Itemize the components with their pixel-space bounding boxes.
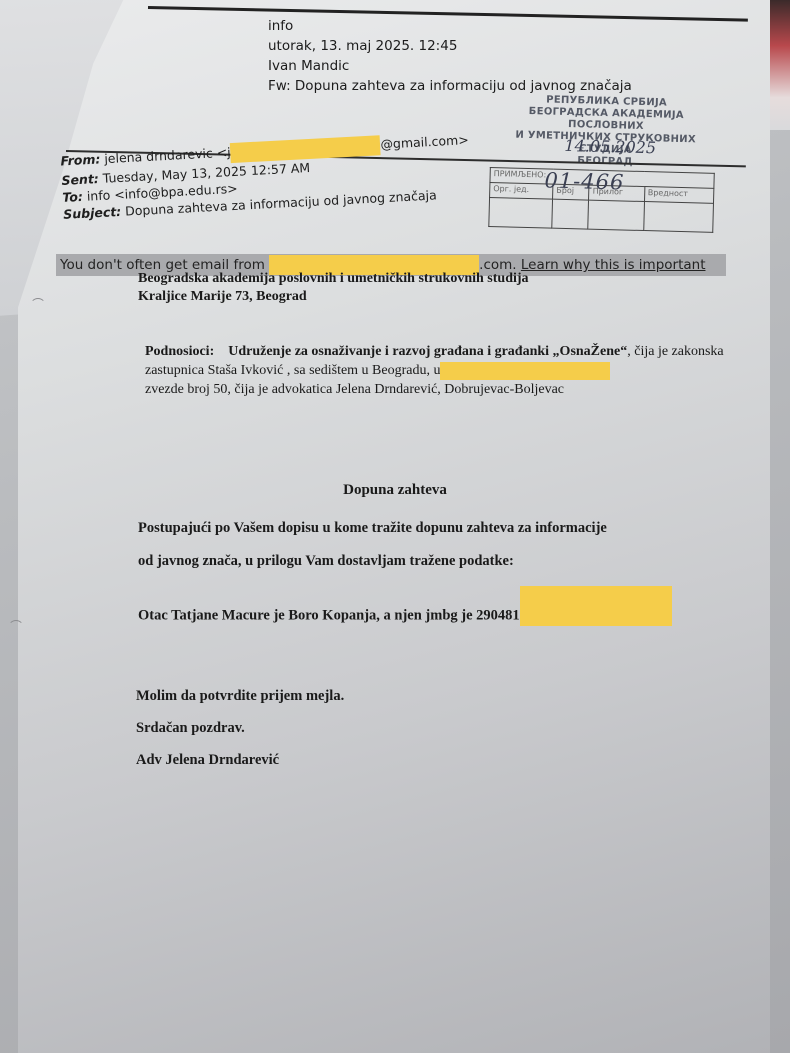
punch-hole — [8, 620, 24, 636]
recipient-line-1: Beogradska akademija poslovnih i umetnič… — [138, 270, 529, 288]
closing-request: Molim da potvrdite prijem mejla. — [136, 680, 344, 712]
from-label: From: — [60, 151, 101, 168]
learn-why-link[interactable]: Learn why this is important — [521, 257, 706, 273]
to-label: To: — [62, 189, 83, 205]
paragraph-line-2: od javnog znača, u prilogu Vam dostavlja… — [138, 545, 607, 578]
from-value: jelena drndarevic <j — [104, 145, 231, 167]
submitters-label: Podnosioci: — [145, 344, 214, 359]
closing-greeting: Srdačan pozdrav. — [136, 712, 344, 744]
redaction-block — [440, 362, 610, 380]
signature: Adv Jelena Drndarević — [136, 744, 344, 776]
redaction-block — [520, 586, 672, 626]
mailbox-name: info — [268, 16, 632, 36]
statement-text: Otac Tatjane Macure je Boro Kopanja, a n… — [138, 607, 520, 623]
statement-line: Otac Tatjane Macure je Boro Kopanja, a n… — [138, 606, 672, 626]
paragraph-line-1: Postupajući po Vašem dopisu u kome traži… — [138, 512, 607, 545]
subject-label: Subject: — [63, 204, 122, 222]
stamp-registration-number: 01-466 — [544, 168, 625, 194]
submitters-text-2: zvezde broj 50, čija je advokatica Jelen… — [145, 382, 564, 397]
print-date: utorak, 13. maj 2025. 12:45 — [268, 36, 632, 56]
forwarder-name: Ivan Mandic — [268, 56, 632, 76]
outlook-print-header: info utorak, 13. maj 2025. 12:45 Ivan Ma… — [268, 16, 632, 96]
request-paragraph: Postupajući po Vašem dopisu u kome traži… — [138, 512, 607, 578]
stamp-received-date: 14.05.2025 — [564, 136, 656, 157]
recipient-address: Beogradska akademija poslovnih i umetnič… — [138, 270, 529, 306]
sent-label: Sent: — [61, 171, 99, 188]
submitters-block: Podnosioci: Udruženje za osnaživanje i r… — [145, 342, 730, 399]
from-suffix: @gmail.com> — [380, 132, 469, 152]
recipient-line-2: Kraljice Marije 73, Beograd — [138, 288, 529, 306]
letter-title: Dopuna zahteva — [0, 482, 790, 499]
closing-block: Molim da potvrdite prijem mejla. Srdačan… — [136, 680, 344, 776]
forward-subject: Fw: Dopuna zahteva za informaciju od jav… — [268, 76, 632, 96]
punch-hole — [30, 298, 46, 314]
submitters-organization: Udruženje za osnaživanje i razvoj građan… — [228, 344, 627, 359]
